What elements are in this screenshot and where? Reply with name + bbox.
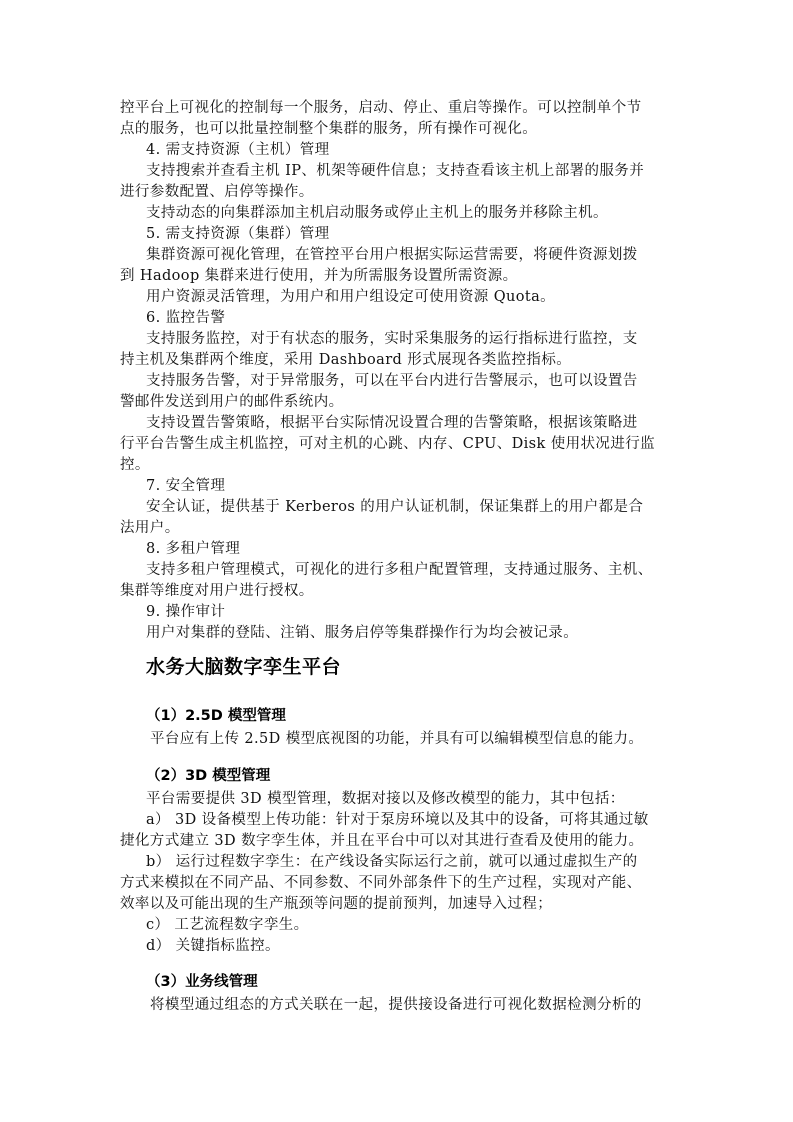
list-heading-7: 7. 安全管理 xyxy=(146,476,225,496)
paragraph-line: 支持服务告警，对于异常服务，可以在平台内进行告警展示，也可以设置告 xyxy=(146,371,638,391)
list-heading-5: 5. 需支持资源（集群）管理 xyxy=(146,224,330,244)
paragraph-line: 支持动态的向集群添加主机启动服务或停止主机上的服务并移除主机。 xyxy=(146,203,608,223)
paragraph-line: 捷化方式建立 3D 数字孪生体，并且在平台中可以对其进行查看及使用的能力。 xyxy=(120,831,643,851)
section-title: 水务大脑数字孪生平台 xyxy=(146,655,341,679)
paragraph-line: 支持服务监控，对于有状态的服务，实时采集服务的运行指标进行监控，支 xyxy=(146,329,638,349)
subsection-heading-1: （1）2.5D 模型管理 xyxy=(146,706,286,726)
paragraph-line: 安全认证，提供基于 Kerberos 的用户认证机制，保证集群上的用户都是合 xyxy=(146,497,643,517)
list-item-d: d） 关键指标监控。 xyxy=(146,936,280,956)
paragraph-line: 平台需要提供 3D 模型管理，数据对接以及修改模型的能力，其中包括： xyxy=(146,789,625,809)
paragraph-line: 警邮件发送到用户的邮件系统内。 xyxy=(120,392,344,412)
paragraph-line: 支持多租户管理模式，可视化的进行多租户配置管理，支持通过服务、主机、 xyxy=(146,560,653,580)
paragraph-line: 控平台上可视化的控制每一个服务，启动、停止、重启等操作。可以控制单个节 xyxy=(120,98,642,118)
paragraph-line: 行平台告警生成主机监控，可对主机的心跳、内存、CPU、Disk 使用状况进行监 xyxy=(120,434,655,454)
paragraph-line: 平台应有上传 2.5D 模型底视图的功能，并具有可以编辑模型信息的能力。 xyxy=(150,729,643,749)
list-item-b: b） 运行过程数字孪生：在产线设备实际运行之前，就可以通过虚拟生产的 xyxy=(146,852,638,872)
list-item-a: a） 3D 设备模型上传功能：针对于泵房环境以及其中的设备，可将其通过敏 xyxy=(146,810,649,830)
paragraph-line: 将模型通过组态的方式关联在一起，提供接设备进行可视化数据检测分析的 xyxy=(150,995,642,1015)
paragraph-line: 用户资源灵活管理，为用户和用户组设定可使用资源 Quota。 xyxy=(146,287,555,307)
paragraph-line: 支持设置告警策略，根据平台实际情况设置合理的告警策略，根据该策略进 xyxy=(146,413,638,433)
paragraph-line: 控。 xyxy=(120,455,150,475)
list-heading-4: 4. 需支持资源（主机）管理 xyxy=(146,140,330,160)
list-heading-8: 8. 多租户管理 xyxy=(146,539,240,559)
paragraph-line: 效率以及可能出现的生产瓶颈等问题的提前预判，加速导入过程； xyxy=(120,894,552,914)
paragraph-line: 持主机及集群两个维度，采用 Dashboard 形式展现各类监控指标。 xyxy=(120,350,571,370)
paragraph-line: 到 Hadoop 集群来进行使用，并为所需服务设置所需资源。 xyxy=(120,266,518,286)
paragraph-line: 进行参数配置、启停等操作。 xyxy=(120,182,314,202)
subsection-heading-2: （2）3D 模型管理 xyxy=(146,766,270,786)
paragraph-line: 集群资源可视化管理，在管控平台用户根据实际运营需要，将硬件资源划拨 xyxy=(146,245,638,265)
list-heading-9: 9. 操作审计 xyxy=(146,602,225,622)
list-heading-6: 6. 监控告警 xyxy=(146,308,225,328)
paragraph-line: 集群等维度对用户进行授权。 xyxy=(120,581,314,601)
list-item-c: c） 工艺流程数字孪生。 xyxy=(146,915,309,935)
subsection-heading-3: （3）业务线管理 xyxy=(146,972,258,992)
paragraph-line: 用户对集群的登陆、注销、服务启停等集群操作行为均会被记录。 xyxy=(146,623,578,643)
paragraph-line: 点的服务，也可以批量控制整个集群的服务，所有操作可视化。 xyxy=(120,119,537,139)
paragraph-line: 法用户。 xyxy=(120,518,180,538)
paragraph-line: 方式来模拟在不同产品、不同参数、不同外部条件下的生产过程，实现对产能、 xyxy=(120,873,642,893)
paragraph-line: 支持搜索并查看主机 IP、机架等硬件信息；支持查看该主机上部署的服务并 xyxy=(146,161,644,181)
